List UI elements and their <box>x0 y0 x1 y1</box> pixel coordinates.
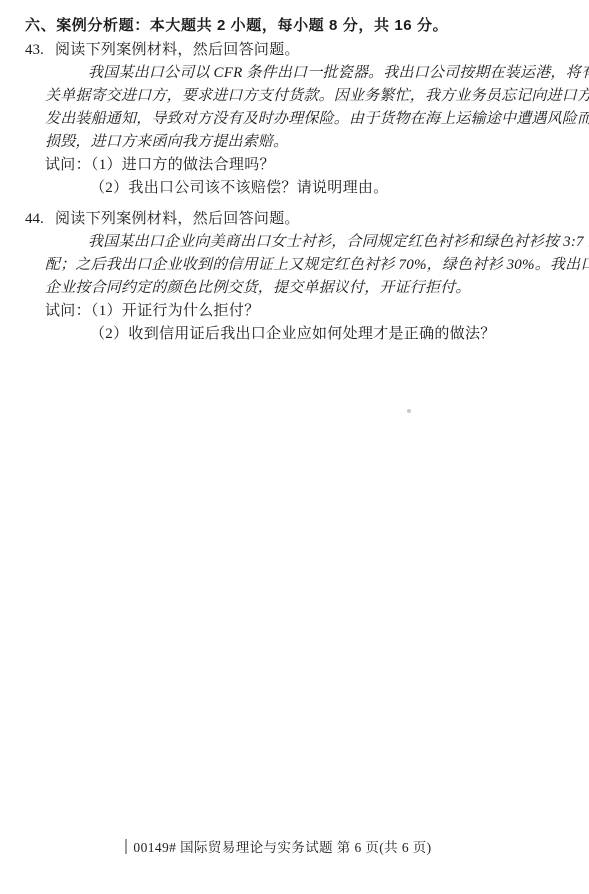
ask-block: 试问：（1）开证行为什么拒付？ （2）收到信用证后我出口企业应如何处理才是正确的… <box>45 300 563 346</box>
case-line: 我国某出口企业向美商出口女士衬衫，合同规定红色衬衫和绿色衬衫按 3:7 搭 <box>45 231 563 254</box>
case-line: 发出装船通知，导致对方没有及时办理保险。由于货物在海上运输途中遭遇风险而 <box>45 108 563 131</box>
case-line: 企业按合同约定的颜色比例交货，提交单据议付，开证行拒付。 <box>45 277 563 300</box>
page-footer: 00149# 国际贸易理论与实务试题 第 6 页(共 6 页) <box>0 836 589 856</box>
ask-prefix: 试问： <box>45 157 91 173</box>
sub-question: （2）收到信用证后我出口企业应如何处理才是正确的做法？ <box>90 323 563 346</box>
question-number: 43. <box>25 39 55 62</box>
ask-line: 试问：（1）开证行为什么拒付？ <box>45 300 563 323</box>
question-intro: 阅读下列案例材料，然后回答问题。 <box>55 39 300 62</box>
question-43: 43. 阅读下列案例材料，然后回答问题。 我国某出口公司以 CFR 条件出口一批… <box>25 39 563 200</box>
case-paragraph: 我国某出口公司以 CFR 条件出口一批瓷器。我出口公司按期在装运港，将有 关单据… <box>45 62 563 154</box>
question-head: 44. 阅读下列案例材料，然后回答问题。 <box>25 208 563 231</box>
question-intro: 阅读下列案例材料，然后回答问题。 <box>55 208 300 231</box>
sub-question: （2）我出口公司该不该赔偿？请说明理由。 <box>90 177 563 200</box>
scan-artifact-line <box>125 839 127 854</box>
question-head: 43. 阅读下列案例材料，然后回答问题。 <box>25 39 563 62</box>
footer-text: 00149# 国际贸易理论与实务试题 第 6 页(共 6 页) <box>133 840 431 855</box>
case-line: 关单据寄交进口方，要求进口方支付货款。因业务繁忙，我方业务员忘记向进口方 <box>45 85 563 108</box>
sub-question: （1）开证行为什么拒付？ <box>91 303 260 319</box>
ask-prefix: 试问： <box>45 303 91 319</box>
case-paragraph: 我国某出口企业向美商出口女士衬衫，合同规定红色衬衫和绿色衬衫按 3:7 搭 配；… <box>45 231 563 300</box>
question-number: 44. <box>25 208 55 231</box>
case-line: 我国某出口公司以 CFR 条件出口一批瓷器。我出口公司按期在装运港，将有 <box>45 62 563 85</box>
question-44: 44. 阅读下列案例材料，然后回答问题。 我国某出口企业向美商出口女士衬衫，合同… <box>25 208 563 346</box>
case-line: 配；之后我出口企业收到的信用证上又规定红色衬衫 70%，绿色衬衫 30%。我出口 <box>45 254 563 277</box>
section-header: 六、案例分析题：本大题共 2 小题，每小题 8 分，共 16 分。 <box>25 14 563 37</box>
scan-speckle <box>407 409 411 413</box>
case-line: 损毁，进口方来函向我方提出索赔。 <box>45 131 563 154</box>
ask-block: 试问：（1）进口方的做法合理吗？ （2）我出口公司该不该赔偿？请说明理由。 <box>45 154 563 200</box>
ask-line: 试问：（1）进口方的做法合理吗？ <box>45 154 563 177</box>
sub-question: （1）进口方的做法合理吗？ <box>91 157 275 173</box>
exam-page: 六、案例分析题：本大题共 2 小题，每小题 8 分，共 16 分。 43. 阅读… <box>0 0 589 346</box>
footer-text-wrap: 00149# 国际贸易理论与实务试题 第 6 页(共 6 页) <box>125 836 431 856</box>
